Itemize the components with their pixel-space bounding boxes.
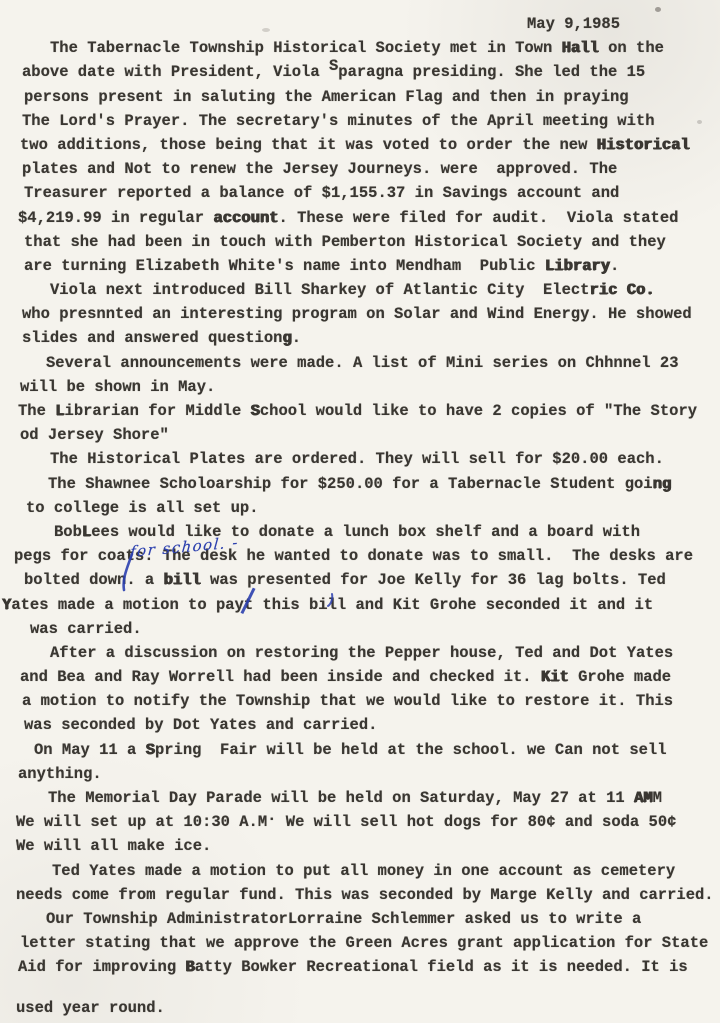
typed-line: will be shown in May. xyxy=(20,375,720,399)
scanned-document-page: May 9,1985 The Tabernacle Township Histo… xyxy=(0,0,720,1023)
typed-line: After a discussion on restoring the Pepp… xyxy=(50,641,720,665)
typed-line: Several announcements were made. A list … xyxy=(46,351,720,375)
ink-comma-mark xyxy=(326,592,338,608)
typed-line: Viola next introduced Bill Sharkey of At… xyxy=(50,278,720,302)
typed-line: a motion to notify the Township that we … xyxy=(22,689,720,713)
typed-line: The Lord's Prayer. The secretary's minut… xyxy=(22,109,720,133)
typed-line: Our Township AdministratorLorraine Schle… xyxy=(46,907,720,931)
typed-line: persons present in saluting the American… xyxy=(24,85,720,109)
typed-line: We will set up at 10:30 A.M. We will sel… xyxy=(16,810,720,834)
paper-speck xyxy=(655,7,661,12)
typed-line: The Librarian for Middle School would li… xyxy=(18,399,720,423)
typed-line: and Bea and Ray Worrell had been inside … xyxy=(20,665,720,689)
typed-line: above date with President, Viola Sparagn… xyxy=(22,60,720,84)
paper-speck xyxy=(262,28,270,32)
typed-line: was seconded by Dot Yates and carried. xyxy=(24,713,720,737)
typed-line: was carried. xyxy=(30,617,720,641)
ink-caret-mark xyxy=(118,552,140,592)
typed-line: The Tabernacle Township Historical Socie… xyxy=(50,36,720,60)
paper-speck xyxy=(697,120,702,124)
typed-line: are turning Elizabeth White's name into … xyxy=(24,254,720,278)
typed-line: anything. xyxy=(18,762,720,786)
typed-line: Ted Yates made a motion to put all money… xyxy=(52,859,720,883)
typed-line: $4,219.99 in regular account. These were… xyxy=(18,206,720,230)
typed-line: The Historical Plates are ordered. They … xyxy=(50,447,720,471)
typed-line: We will all make ice. xyxy=(16,834,720,858)
typed-text-body: The Tabernacle Township Historical Socie… xyxy=(0,36,720,1020)
typed-line: od Jersey Shore" xyxy=(20,423,720,447)
typed-line: Aid for improving Batty Bowker Recreatio… xyxy=(18,955,720,979)
typed-line: Yates made a motion to payt this bill an… xyxy=(2,593,720,617)
typed-line: used year round. xyxy=(16,996,720,1020)
typed-line: letter stating that we approve the Green… xyxy=(20,931,720,955)
typed-line: that she had been in touch with Pemberto… xyxy=(24,230,720,254)
typed-line: On May 11 a Spring Fair will be held at … xyxy=(34,738,720,762)
paper-speck xyxy=(585,18,589,21)
typed-line: who presnnted an interesting program on … xyxy=(22,302,720,326)
typed-line: two additions, those being that it was v… xyxy=(20,133,720,157)
typed-line: to college is all set up. xyxy=(26,496,720,520)
paper-speck xyxy=(97,68,102,72)
typed-line: needs come from regular fund. This was s… xyxy=(16,883,720,907)
typed-line: slides and answered questiong. xyxy=(22,326,720,350)
typed-line: The Memorial Day Parade will be held on … xyxy=(48,786,720,810)
typed-line: Treasurer reported a balance of $1,155.3… xyxy=(24,181,720,205)
typed-line: The Shawnee Scholoarship for $250.00 for… xyxy=(48,472,720,496)
date-line: May 9,1985 xyxy=(527,12,720,36)
typed-line: plates and Not to renew the Jersey Journ… xyxy=(22,157,720,181)
